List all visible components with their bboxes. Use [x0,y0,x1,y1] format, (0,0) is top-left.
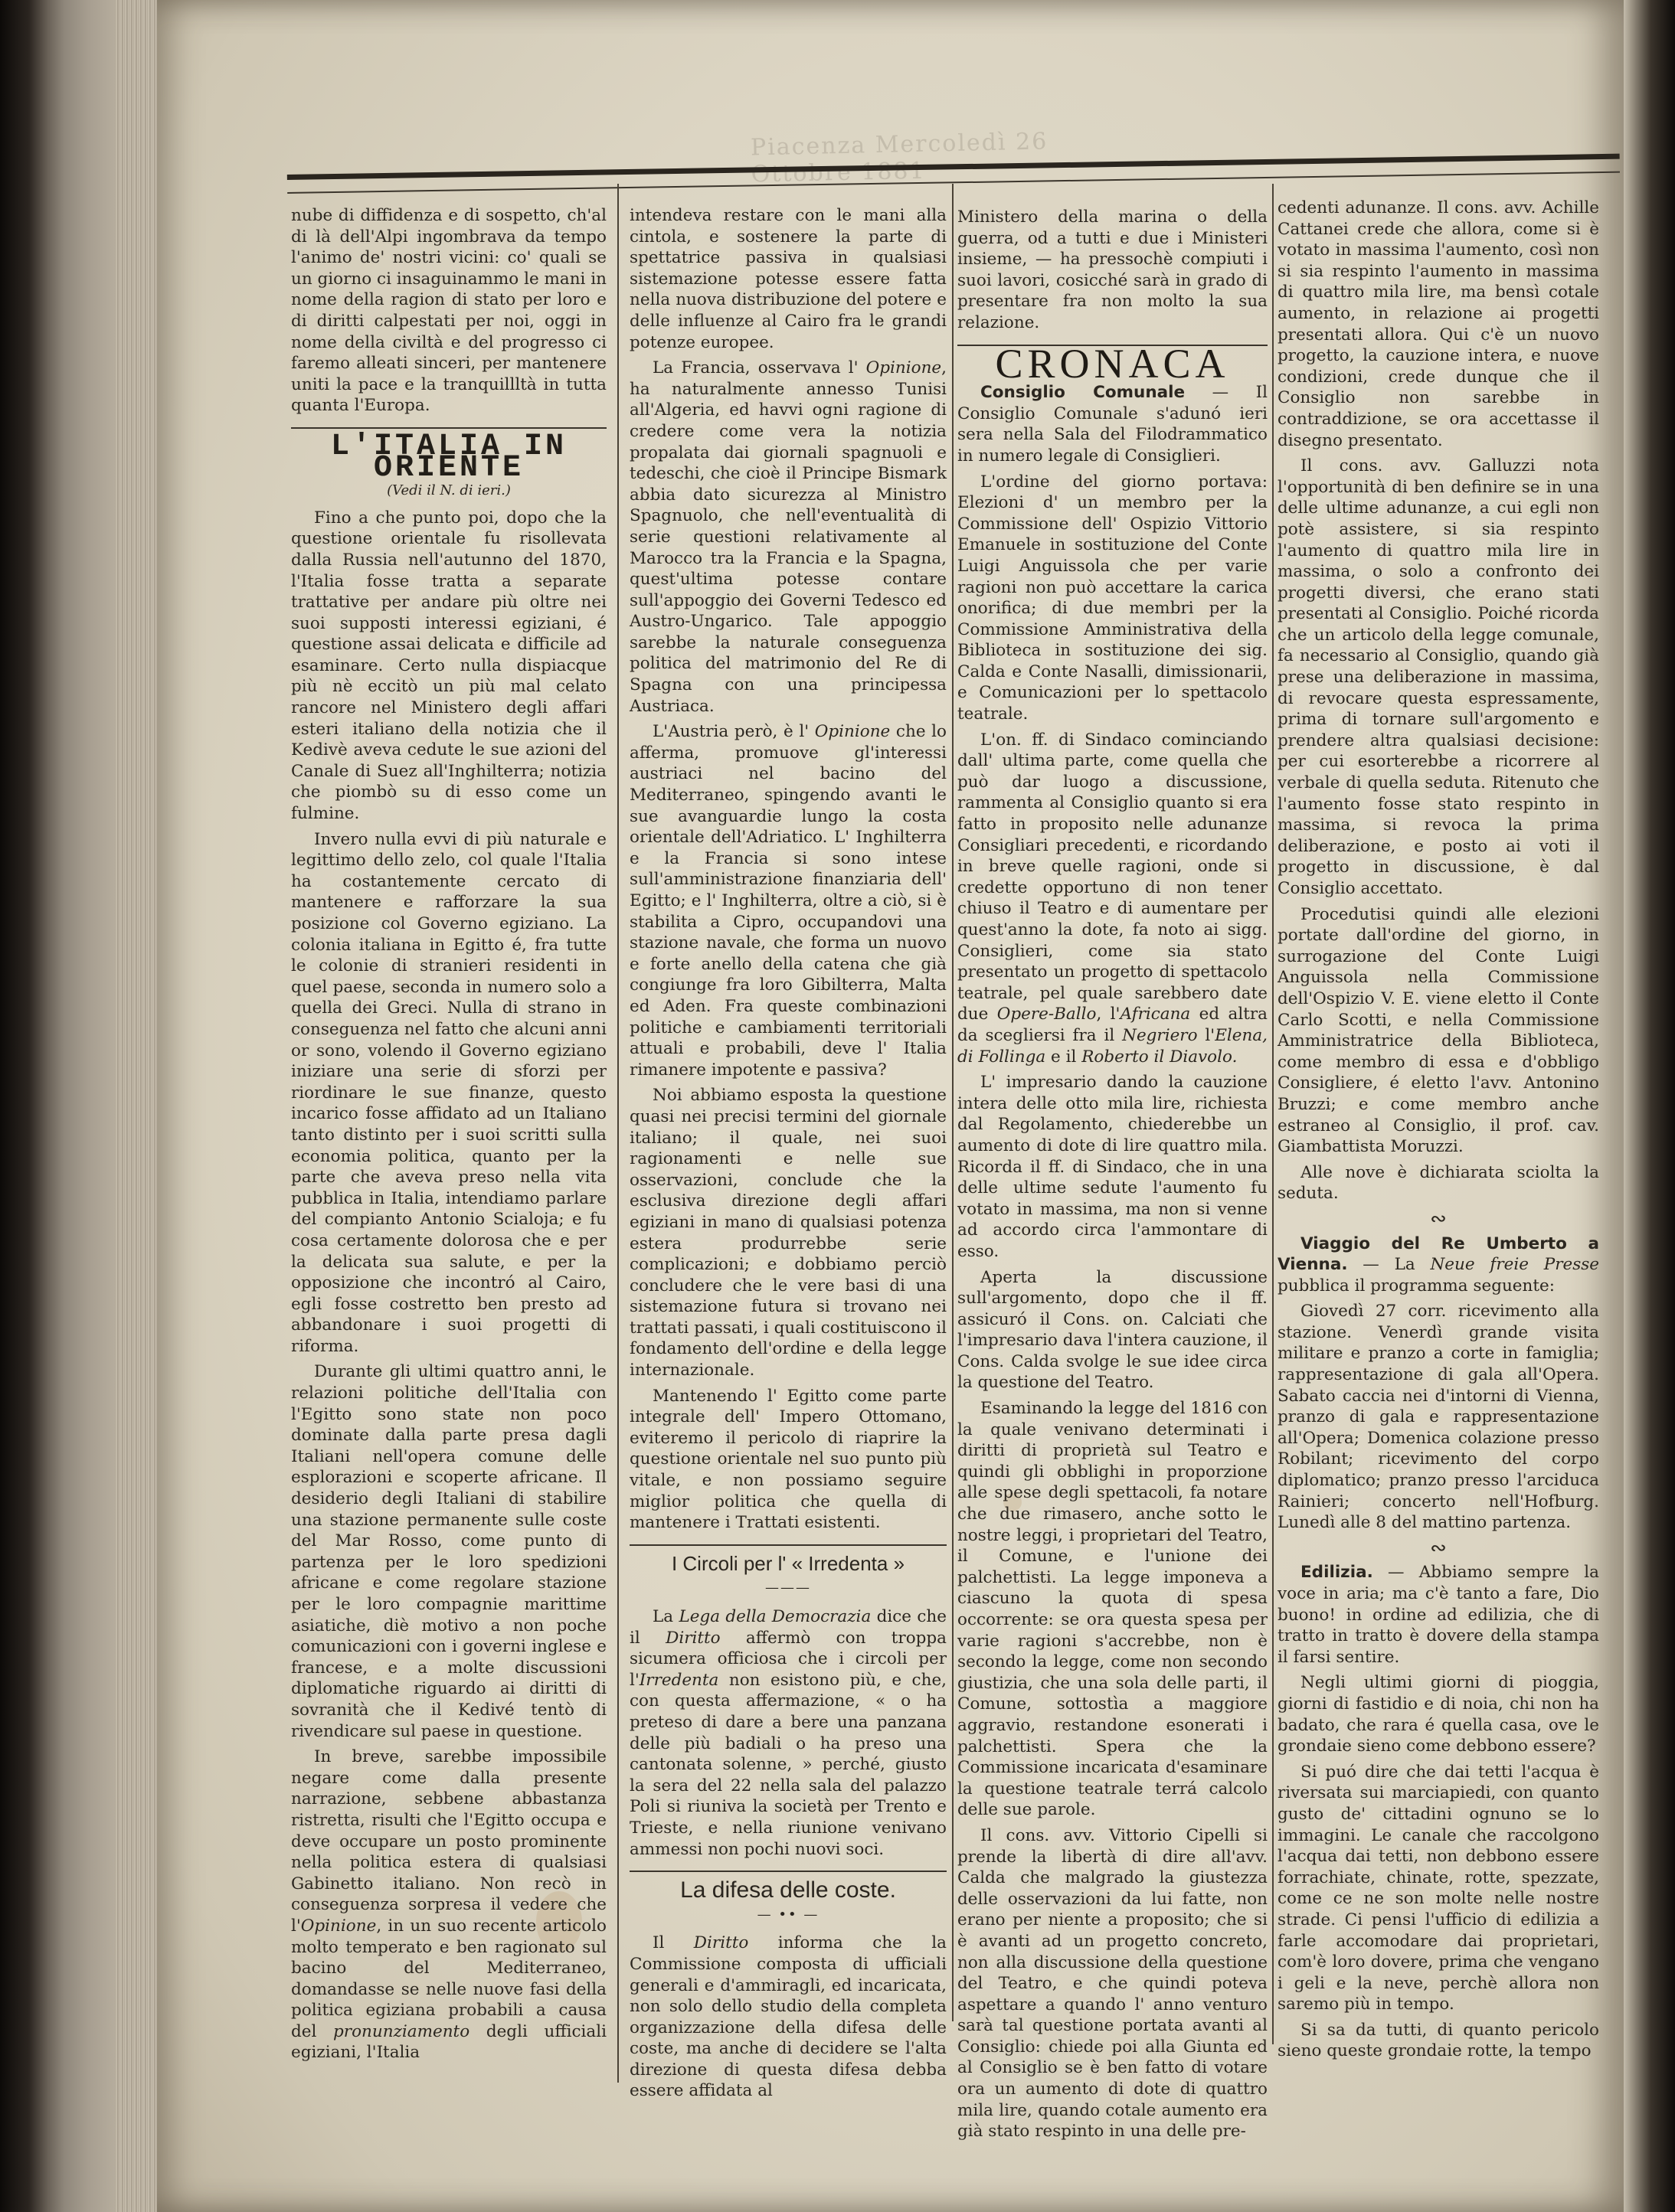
text: non esistono più, e che, con questa affe… [630,1671,947,1859]
paragraph: Invero nulla evvi di più naturale e legi… [291,829,607,1358]
article-heading-circoli: I Circoli per l' « Irredenta » [630,1554,947,1575]
section-divider [291,427,607,429]
paragraph: Giovedì 27 corr. ricevimento alla stazio… [1278,1301,1599,1534]
paragraph: Esaminando la legge del 1816 con la qual… [957,1398,1268,1821]
paragraph: Edilizia. — Abbiamo sempre la voce in ar… [1278,1562,1599,1668]
heading-ornament: — •• — [630,1904,947,1926]
newspaper-title: Diritto [694,1933,749,1952]
italic-term: pronunziamento [333,2022,469,2041]
text: L'on. ff. di Sindaco cominciando dall' u… [957,730,1268,1024]
flourish-ornament-icon: ∾ [1278,1538,1599,1560]
paragraph: Il cons. avv. Galluzzi nota l'opportunit… [1278,456,1599,899]
paragraph: Procedutisi quindi alle elezioni portate… [1278,904,1599,1158]
paragraph: In breve, sarebbe impossibile negare com… [291,1746,607,2063]
newspaper-title: Opinione [301,1916,377,1936]
paragraph: cedenti adunanze. Il cons. avv. Achille … [1278,198,1599,451]
column-4: cedenti adunanze. Il cons. avv. Achille … [1278,198,1599,2067]
column-3: Ministero della marina o della guerra, o… [957,207,1268,2147]
text: che lo afferma, promuove gl'interessi au… [630,722,947,1080]
section-divider [630,1544,947,1546]
paragraph: La Lega della Democrazia dice che il Dir… [630,1606,947,1860]
paragraph: La Francia, osservava l' Opinione, ha na… [630,358,947,717]
column-divider [617,184,619,2083]
text: La [653,1607,679,1626]
article-subnote: (Vedi il N. di ieri.) [291,480,607,502]
italic-term: Opere-Ballo [997,1005,1097,1024]
newspaper-title: Lega della Democrazia [679,1607,871,1626]
text: l' [1198,1026,1215,1045]
runin-heading-edilizia: Edilizia. [1300,1563,1373,1582]
paragraph: Viaggio del Re Umberto a Vienna. — La Ne… [1278,1233,1599,1297]
paragraph: Fino a che punto poi, dopo che la questi… [291,508,607,825]
runin-heading-consiglio: Consiglio Comunale [980,383,1185,402]
article-heading-difesa: La difesa delle coste. [630,1880,947,1901]
text: La Francia, osservava l' [653,358,866,377]
paragraph: intendeva restare con le mani alla cinto… [630,205,947,353]
paragraph: Ministero della marina o della guerra, o… [957,207,1268,334]
column-1: nube di diffidenza e di sospetto, ch'al … [291,205,607,2068]
heading-dash: ——— [630,1577,947,1599]
article-heading-italia-in-oriente: L'ITALIA IN ORIENTE [291,436,607,479]
text: L'Austria però, è l' [653,722,815,741]
paragraph: L' impresario dando la cauzione intera d… [957,1072,1268,1262]
opera-title: Negriero [1122,1026,1197,1045]
newspaper-title: Opinione [866,358,942,377]
paragraph: Aperta la discussione sull'argomento, do… [957,1267,1268,1394]
paragraph: Noi abbiamo esposta la questione quasi n… [630,1085,947,1380]
column-divider [952,184,954,2021]
paragraph: Si puó dire che dai tetti l'acqua è rive… [1278,1762,1599,2015]
paragraph: nube di diffidenza e di sospetto, ch'al … [291,205,607,417]
text: , l' [1096,1005,1120,1024]
opera-title: Africana [1120,1005,1190,1024]
paragraph: Il Diritto informa che la Commissione co… [630,1933,947,2102]
paragraph: L'on. ff. di Sindaco cominciando dall' u… [957,730,1268,1068]
newspaper-title: Neue freie Presse [1430,1255,1599,1274]
book-binding-right [1621,0,1675,2212]
paragraph: L'ordine del giorno portava: Elezioni d'… [957,472,1268,725]
paragraph: Durante gli ultimi quattro anni, le rela… [291,1361,607,1742]
column-2: intendeva restare con le mani alla cinto… [630,205,947,2106]
flourish-ornament-icon: ∾ [1278,1209,1599,1230]
opera-title: Roberto il Diavolo. [1081,1047,1237,1067]
text: informa che la Commissione composta di u… [630,1933,947,2100]
paragraph: Consiglio Comunale — Il Consiglio Comuna… [957,382,1268,466]
text: pubblica il programma seguente: [1278,1276,1555,1296]
newspaper-title: Opinione [815,722,891,741]
paragraph: Si sa da tutti, di quanto pericolo sieno… [1278,2020,1599,2062]
section-divider [630,1871,947,1872]
section-heading-cronaca: CRONACA [957,354,1268,375]
newspaper-title: Diritto [666,1629,721,1648]
paragraph: L'Austria però, è l' Opinione che lo aff… [630,721,947,1080]
paragraph: Alle nove è dichiarata sciolta la seduta… [1278,1162,1599,1204]
text: , ha naturalmente annesso Tunisi all'Alg… [630,358,947,716]
italic-term: Irredenta [640,1671,719,1690]
paragraph: Il cons. avv. Vittorio Cipelli si prende… [957,1825,1268,2142]
text: — La [1348,1255,1431,1274]
text: In breve, sarebbe impossibile negare com… [291,1747,607,1936]
column-divider [1272,184,1274,2044]
text: e il [1045,1047,1081,1067]
paragraph: Mantenendo l' Egitto come parte integral… [630,1386,947,1534]
paragraph: Negli ultimi giorni di pioggia, giorni d… [1278,1672,1599,1756]
text: Il [653,1933,694,1952]
